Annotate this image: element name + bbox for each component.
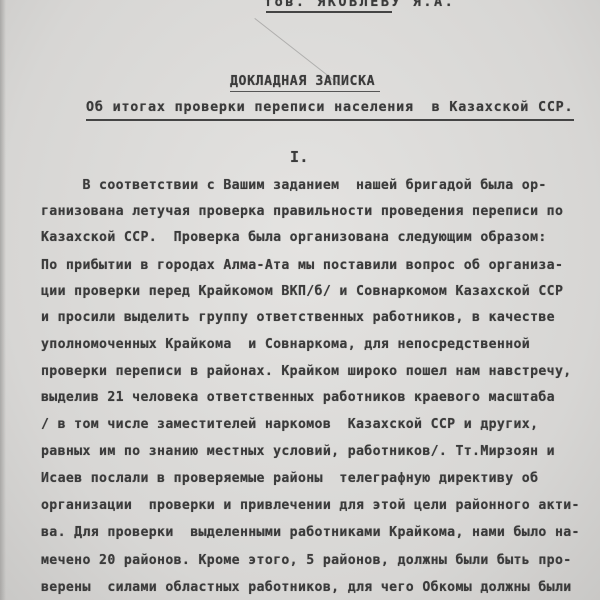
body-line: верены силами областных работников, для … bbox=[41, 580, 572, 595]
body-line: ганизована летучая проверка правильности… bbox=[41, 204, 563, 219]
page-edge-shadow bbox=[0, 0, 6, 600]
document-title: ДОКЛАДНАЯ ЗАПИСКА bbox=[230, 74, 375, 89]
addressee-underline bbox=[266, 11, 392, 13]
body-line: ции проверки перед Крайкомом ВКП/б/ и Со… bbox=[41, 284, 563, 299]
subtitle-underline bbox=[86, 119, 574, 121]
body-line: Казахской ССР. Проверка была организован… bbox=[41, 230, 547, 245]
body-line: мечено 20 районов. Кроме этого, 5 районо… bbox=[41, 553, 572, 568]
addressee: тов. ЯКОВЛЕВУ Я.А. bbox=[264, 0, 455, 10]
body-line: По прибытии в городах Алма-Ата мы постав… bbox=[41, 258, 563, 273]
body-line: организации проверки и привлечении для э… bbox=[41, 498, 580, 513]
document-subtitle: Об итогах проверки переписи населения в … bbox=[86, 100, 573, 115]
body-line: уполномоченных Крайкома и Совнаркома, дл… bbox=[41, 337, 530, 352]
body-line: Исаев послали в проверяемые районы телег… bbox=[41, 471, 538, 486]
body-line: ва. Для проверки выделенными работниками… bbox=[41, 525, 580, 540]
body-line: / в том числе заместителей наркомов Каза… bbox=[41, 417, 538, 432]
section-number: I. bbox=[290, 148, 309, 166]
body-line: и просили выделить группу ответственных … bbox=[41, 310, 555, 325]
body-line: проверки переписи в районах. Крайком шир… bbox=[41, 364, 572, 379]
body-line: В соответствии с Вашим заданием нашей бр… bbox=[41, 178, 547, 193]
title-underline bbox=[230, 91, 380, 92]
body-line: равных им по знанию местных условий, раб… bbox=[41, 444, 555, 459]
body-line: выделив 21 человека ответственных работн… bbox=[41, 390, 555, 405]
